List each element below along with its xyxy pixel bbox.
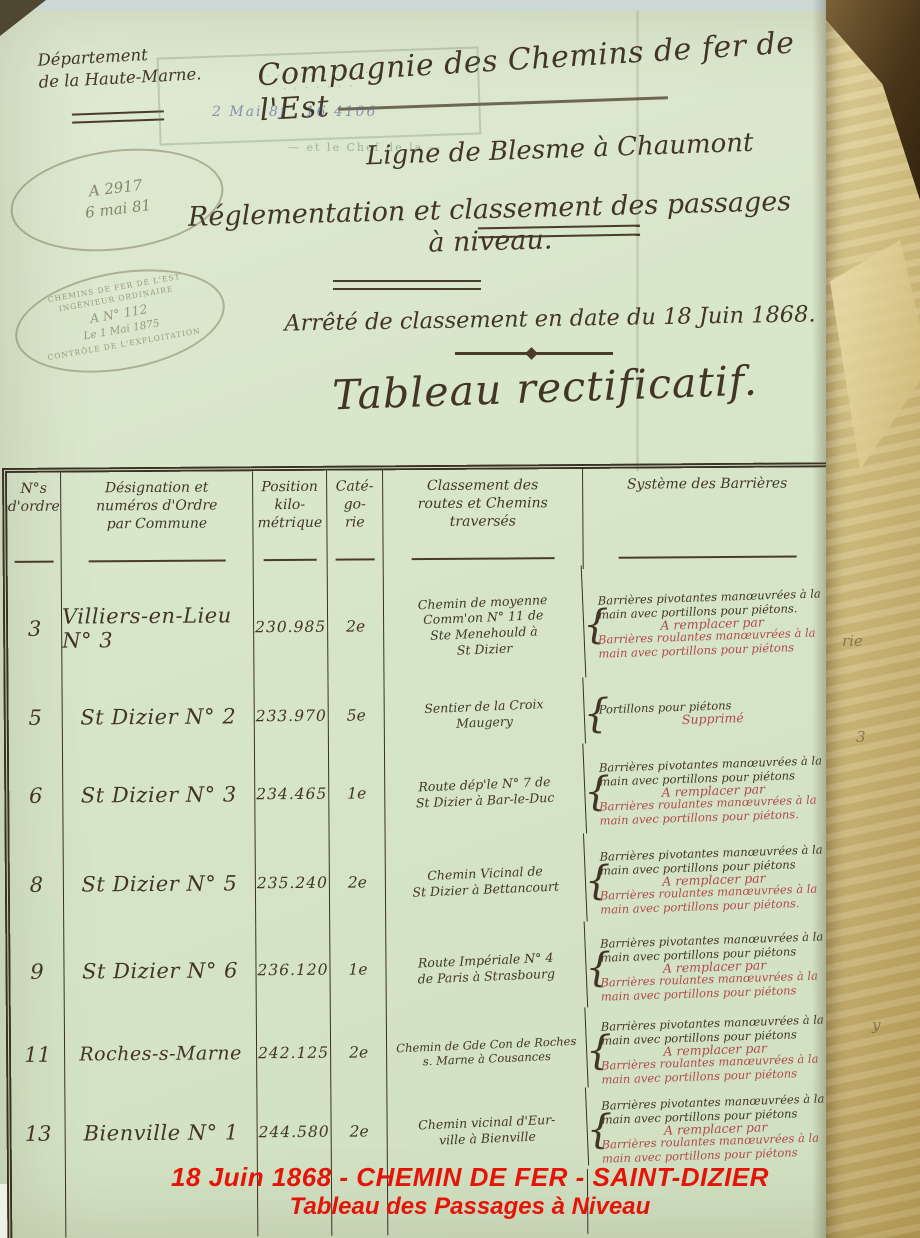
table-row: 11 Roches-s-Marne 242.125 2e Chemin de G… — [11, 1009, 836, 1095]
cell-order: 6 — [9, 751, 64, 841]
document-photo: rie 3 y Département de la Haute-Marne. C… — [0, 0, 920, 1238]
table-row: 8 St Dizier N° 5 235.240 2e Chemin Vicin… — [10, 835, 835, 929]
faded-registration-number: 2 Mai 8j . 16 4106 — [212, 104, 377, 120]
barrier-replacement: Barrières roulantes manœuvrées à la main… — [599, 793, 817, 828]
cell-classement: Route dép'le N° 7 de St Dizier à Bar-le-… — [383, 743, 587, 841]
cell-barriers: { Portillons pour piétons Supprimé — [585, 679, 833, 747]
cell-designation: Bienville N° 1 — [65, 1093, 258, 1172]
cell-designation: St Dizier N° 2 — [63, 683, 255, 750]
cell-order: 5 — [9, 685, 63, 751]
cell-category: 5e — [329, 682, 385, 748]
oval-stamp-2: CHEMINS DE FER DE L'EST INGÉNIEUR ORDINA… — [7, 254, 233, 387]
cell-category: 2e — [328, 570, 385, 682]
cell-position: 236.120 — [256, 927, 331, 1014]
cell-category: 1e — [330, 926, 387, 1012]
cell-classement: Chemin de moyenne Comm'on N° 11 de Ste M… — [382, 565, 587, 685]
cell-category: 2e — [330, 838, 387, 926]
cell-barriers: { Barrières pivotantes manœuvrées à la m… — [584, 567, 833, 681]
header-order: N°s d'ordre — [7, 473, 62, 573]
table-row: 13 Bienville N° 1 244.580 2e Chemin vici… — [11, 1089, 836, 1173]
caption-line-1: 18 Juin 1868 - CHEMIN DE FER - SAINT-DIZ… — [40, 1162, 900, 1193]
header-barriers: Système des Barrières — [583, 467, 832, 569]
ink-fragment: 3 — [856, 728, 866, 746]
cell-position: 230.985 — [254, 571, 329, 684]
header-designation: Désignation et numéros d'Ordre par Commu… — [61, 471, 254, 572]
cell-category: 2e — [331, 1092, 388, 1170]
ink-fragment: rie — [842, 632, 863, 650]
cell-order: 11 — [11, 1015, 66, 1095]
cell-classement: Chemin vicinal d'Eur- ville à Bienville — [386, 1087, 589, 1173]
table-header-row: N°s d'ordre Désignation et numéros d'Ord… — [7, 467, 832, 573]
barrier-replacement: Barrières roulantes manœuvrées à la main… — [600, 882, 818, 917]
cell-classement: Chemin de Gde Con de Roches s. Marne à C… — [385, 1007, 588, 1095]
cell-designation: St Dizier N° 3 — [63, 749, 256, 840]
cell-designation: St Dizier N° 5 — [64, 839, 257, 928]
barrier-replacement: Barrières roulantes manœuvrées à la main… — [601, 1131, 819, 1166]
cell-barriers: { Barrières pivotantes manœuvrées à la m… — [587, 1089, 836, 1169]
cell-position: 242.125 — [257, 1013, 332, 1094]
table-row: 5 St Dizier N° 2 233.970 5e Sentier de l… — [9, 679, 833, 751]
cell-designation: Roches-s-Marne — [65, 1013, 258, 1094]
page-corner-shadow — [0, 0, 46, 36]
cell-barriers: { Barrières pivotantes manœuvrées à la m… — [586, 835, 835, 925]
barrier-replacement: Barrières roulantes manœuvrées à la main… — [600, 969, 818, 1004]
header-position: Position kilo- métrique — [253, 471, 328, 572]
folded-pages-texture — [826, 0, 920, 1238]
header-classement: Classement des routes et Chemins travers… — [383, 469, 584, 570]
caption-line-2: Tableau des Passages à Niveau — [40, 1193, 900, 1221]
subject-underline — [333, 280, 481, 290]
tableau-title: Tableau rectificatif. — [329, 357, 760, 420]
cell-position: 244.580 — [257, 1093, 332, 1172]
faded-rect-stamp: · · · · · · · · · · · · · · · · · — [157, 46, 482, 145]
cell-barriers: { Barrières pivotantes manœuvrées à la m… — [585, 745, 834, 837]
ink-fragment: y — [872, 1016, 880, 1034]
arrete-line: Arrêté de classement en date du 18 Juin … — [200, 300, 900, 338]
photo-background-edge — [0, 0, 850, 11]
table-row: 6 St Dizier N° 3 234.465 1e Route dép'le… — [9, 745, 834, 841]
cell-order: 9 — [10, 929, 65, 1015]
cell-position: 234.465 — [255, 749, 330, 840]
cell-position: 235.240 — [256, 839, 331, 928]
cell-classement: Sentier de la Croix Maugery — [383, 677, 586, 751]
table-row: 3 Villiers-en-Lieu N° 3 230.985 2e Chemi… — [8, 567, 833, 685]
table-row: 9 St Dizier N° 6 236.120 1e Route Impéri… — [10, 923, 835, 1015]
cell-category: 2e — [331, 1012, 388, 1092]
cell-barriers: { Barrières pivotantes manœuvrées à la m… — [586, 923, 835, 1011]
department-underline — [72, 110, 164, 123]
crossings-table: N°s d'ordre Désignation et numéros d'Ord… — [2, 462, 838, 1238]
cell-classement: Chemin Vicinal de St Dizier à Bettancour… — [384, 833, 588, 929]
cell-order: 8 — [10, 841, 65, 929]
cell-barriers: { Barrières pivotantes manœuvrées à la m… — [587, 1009, 836, 1091]
header-category: Caté- go- rie — [327, 470, 384, 570]
cell-designation: Villiers-en-Lieu N° 3 — [62, 571, 255, 684]
photo-corner-sliver — [0, 1184, 7, 1238]
cell-position: 233.970 — [255, 683, 329, 750]
barrier-replacement: Barrières roulantes manœuvrées à la main… — [601, 1052, 819, 1087]
cell-designation: St Dizier N° 6 — [64, 927, 257, 1014]
cell-order: 3 — [8, 573, 63, 685]
archival-caption: 18 Juin 1868 - CHEMIN DE FER - SAINT-DIZ… — [40, 1162, 900, 1221]
cell-classement: Route Impériale N° 4 de Paris à Strasbou… — [385, 921, 588, 1015]
cell-category: 1e — [329, 748, 386, 838]
arrete-underline — [455, 352, 613, 355]
barrier-replacement: Barrières roulantes manœuvrées à la main… — [598, 626, 816, 661]
